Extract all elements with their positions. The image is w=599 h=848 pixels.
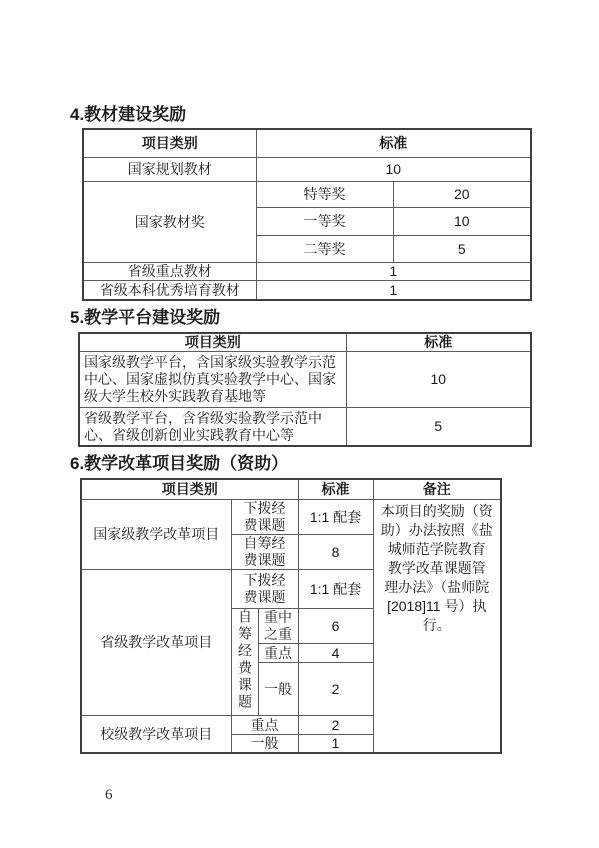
row-provincial-excellent-textbook: 省级本科优秀培育教材 1 — [83, 281, 531, 301]
row-provincial-platform: 省级教学平台，含省级实验教学示范中心、省级创新创业实践教育中心等 5 — [79, 408, 531, 447]
row-national-award-special: 国家教材奖 特等奖 20 — [83, 182, 531, 208]
national-planned-value: 10 — [256, 158, 531, 182]
school-reform-label: 校级教学改革项目 — [81, 716, 231, 754]
table6-header-note: 备注 — [373, 479, 501, 500]
national-reform-label: 国家级教学改革项目 — [81, 500, 231, 570]
national-allocated-label: 下拨经费课题 — [231, 500, 298, 535]
school-key-value: 2 — [298, 716, 373, 735]
table4-header-row: 项目类别 标准 — [83, 129, 531, 158]
provincial-key-value: 1 — [256, 263, 531, 281]
section5-title: 5.教学平台建设奖励 — [70, 303, 220, 328]
grade-second-value: 5 — [393, 236, 531, 263]
provincial-self-funded-label: 自筹经费课题 — [231, 609, 258, 716]
table6-header-row: 项目类别 标准 备注 — [81, 479, 501, 500]
note-text: 本项目的奖励（资 助）办法按照《盐 城师范学院教育 教学改革课题管 理办法》（盐… — [373, 500, 501, 754]
table6-header-standard: 标准 — [298, 479, 373, 500]
row-national-allocated: 国家级教学改革项目 下拨经费课题 1:1 配套 本项目的奖励（资 助）办法按照《… — [81, 500, 501, 535]
section5-table: 项目类别 标准 国家级教学平台，含国家级实验教学示范中心、国家虚拟仿真实验教学中… — [78, 332, 532, 447]
provincial-key-label: 省级重点教材 — [83, 263, 256, 281]
school-general-label: 一般 — [231, 735, 298, 754]
national-platform-value: 10 — [346, 352, 531, 408]
provincial-platform-value: 5 — [346, 408, 531, 447]
grade-first-label: 一等奖 — [256, 208, 393, 236]
row-national-planned-textbook: 国家规划教材 10 — [83, 158, 531, 182]
document-page: { "page_number": "6", "section4": { "tit… — [0, 0, 599, 848]
national-self-funded-value: 8 — [298, 535, 373, 570]
school-general-value: 1 — [298, 735, 373, 754]
page-number: 6 — [105, 787, 113, 804]
row-provincial-key-textbook: 省级重点教材 1 — [83, 263, 531, 281]
table5-header-category: 项目类别 — [79, 333, 346, 352]
level-top-priority-value: 6 — [298, 609, 373, 644]
provincial-excellent-value: 1 — [256, 281, 531, 301]
grade-special-value: 20 — [393, 182, 531, 208]
national-textbook-award-label: 国家教材奖 — [83, 182, 256, 263]
national-allocated-value: 1:1 配套 — [298, 500, 373, 535]
level-general-label: 一般 — [258, 663, 298, 716]
level-general-value: 2 — [298, 663, 373, 716]
national-self-funded-label: 自筹经费课题 — [231, 535, 298, 570]
provincial-excellent-label: 省级本科优秀培育教材 — [83, 281, 256, 301]
grade-second-label: 二等奖 — [256, 236, 393, 263]
row-national-platform: 国家级教学平台，含国家级实验教学示范中心、国家虚拟仿真实验教学中心、国家级大学生… — [79, 352, 531, 408]
table5-header-standard: 标准 — [346, 333, 531, 352]
section4-title: 4.教材建设奖励 — [70, 100, 186, 125]
provincial-self-funded-vertical-text: 自筹经费课题 — [236, 609, 253, 711]
section6-table: 项目类别 标准 备注 国家级教学改革项目 下拨经费课题 1:1 配套 本项目的奖… — [80, 478, 502, 754]
table6-header-category: 项目类别 — [81, 479, 298, 500]
table4-header-standard: 标准 — [256, 129, 531, 158]
level-top-priority-label: 重中之重 — [258, 609, 298, 644]
grade-first-value: 10 — [393, 208, 531, 236]
national-planned-label: 国家规划教材 — [83, 158, 256, 182]
section4-table: 项目类别 标准 国家规划教材 10 国家教材奖 特等奖 20 一等奖 10 二等… — [82, 128, 532, 301]
provincial-allocated-label: 下拨经费课题 — [231, 570, 298, 609]
provincial-allocated-value: 1:1 配套 — [298, 570, 373, 609]
table5-header-row: 项目类别 标准 — [79, 333, 531, 352]
national-platform-label: 国家级教学平台，含国家级实验教学示范中心、国家虚拟仿真实验教学中心、国家级大学生… — [79, 352, 346, 408]
school-key-label: 重点 — [231, 716, 298, 735]
provincial-reform-label: 省级教学改革项目 — [81, 570, 231, 716]
grade-special-label: 特等奖 — [256, 182, 393, 208]
level-key-label: 重点 — [258, 644, 298, 663]
level-key-value: 4 — [298, 644, 373, 663]
section6-title: 6.教学改革项目奖励（资助） — [70, 449, 288, 474]
table4-header-category: 项目类别 — [83, 129, 256, 158]
provincial-platform-label: 省级教学平台，含省级实验教学示范中心、省级创新创业实践教育中心等 — [79, 408, 346, 447]
